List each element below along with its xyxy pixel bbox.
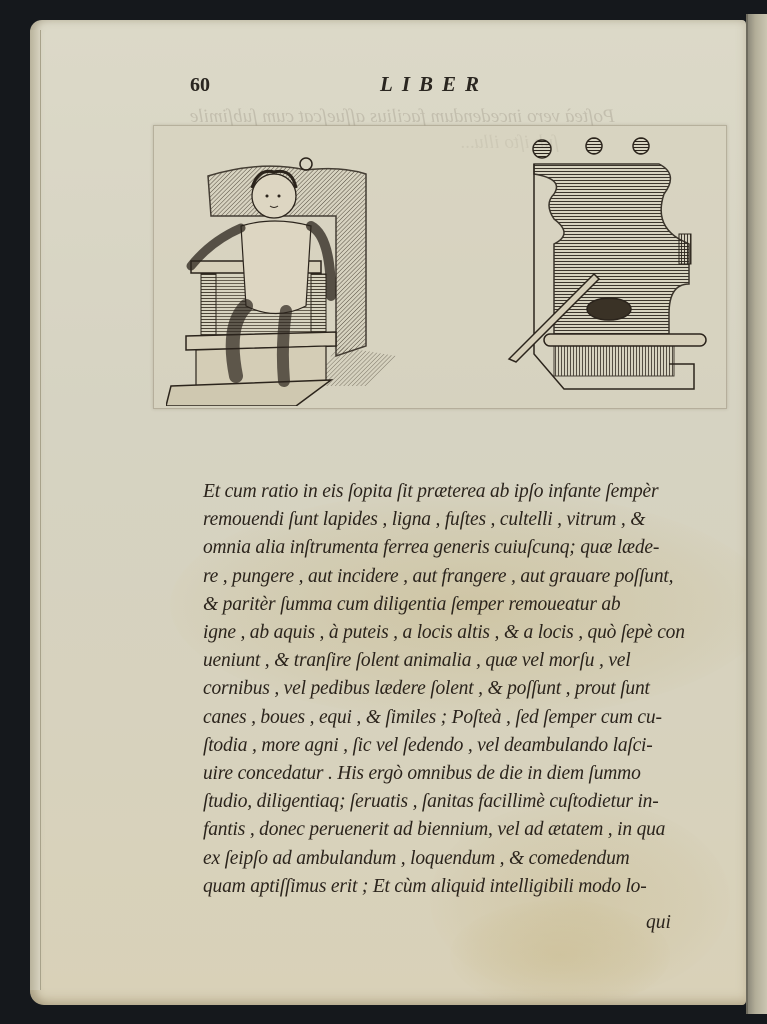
text-line: uire concedatur . His ergò omnibus de di… xyxy=(203,760,703,788)
text-line: Et cum ratio in eis ſopita ſit præterea … xyxy=(203,478,703,506)
running-head-title: LIBER xyxy=(380,72,488,97)
text-line: omnia alia inſtrumenta ferrea generis cu… xyxy=(203,534,703,562)
text-line: cornibus , vel pedibus lædere ſolent , &… xyxy=(203,675,703,703)
text-line: quam aptiſſimus erit ; Et cùm aliquid in… xyxy=(203,873,703,901)
text-line: remouendi ſunt lapides , ligna , fuſtes … xyxy=(203,506,703,534)
catchword: qui xyxy=(646,912,671,934)
text-line: ſtudio, diligentiaq; ſeruatis , ſanitas … xyxy=(203,788,703,816)
facing-page-edge xyxy=(746,14,767,1014)
text-line: ex ſeipſo ad ambulandum , loquendum , & … xyxy=(203,845,703,873)
text-line: canes , boues , equi , & ſimiles ; Poſte… xyxy=(203,704,703,732)
page-gutter-edge xyxy=(30,30,41,990)
woodcut-illustration-panel xyxy=(153,125,727,409)
text-line: re , pungere , aut incidere , aut frange… xyxy=(203,563,703,591)
commode-chair-engraving xyxy=(494,134,724,394)
text-line: ſtodia , more agni , ſic vel ſedendo , v… xyxy=(203,732,703,760)
text-line: & paritèr ſumma cum diligentia ſemper re… xyxy=(203,591,703,619)
text-line: fantis , donec peruenerit ad biennium, v… xyxy=(203,816,703,844)
child-high-chair-engraving xyxy=(166,156,396,406)
running-head: 60 LIBER xyxy=(190,70,570,100)
text-line: igne , ab aquis , à puteis , a locis alt… xyxy=(203,619,703,647)
text-line: ueniunt , & tranſire ſolent animalia , q… xyxy=(203,647,703,675)
folio-number: 60 xyxy=(190,74,210,97)
body-text-paragraph: Et cum ratio in eis ſopita ſit præterea … xyxy=(203,478,703,901)
water-stain xyxy=(450,900,670,1005)
